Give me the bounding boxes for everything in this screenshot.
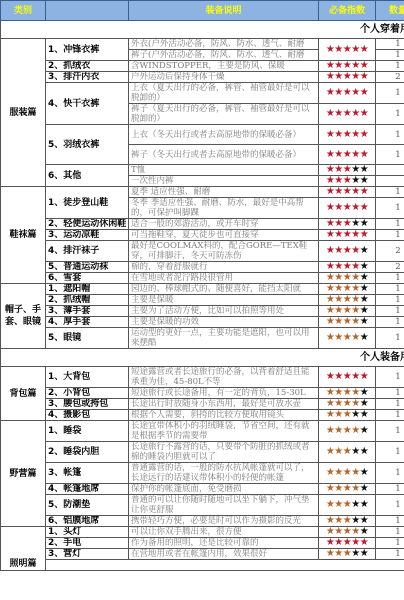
stars-empty: ★ [360, 245, 368, 256]
rating-stars: ★★★★★ [319, 262, 376, 273]
item-desc: 可以让你双手腾出来，很方便 [129, 527, 319, 538]
item-qty: 1 [376, 284, 404, 295]
item-qty: 1 [376, 317, 404, 328]
table-row: 4、快干衣裤 上衣（夏天出行的必备，裤管、袖管最好是可以脱卸的） ★★★★★ 1 [1, 83, 404, 104]
rating-stars: ★★★★★ [319, 219, 376, 230]
stars-empty: ★★ [351, 499, 368, 510]
item-qty: 2 [376, 72, 404, 83]
item-name: 2、抓绒帽 [46, 295, 129, 306]
rating-stars: ★★★★★ [319, 295, 376, 306]
item-desc: 长途旅行不露营的话，只要带个防脏的抓绒或者棉的睡袋内胆就可以了 [129, 442, 319, 463]
item-desc: 普通露营的话，一般的防水抗风帐篷就可以了，长途远行的话建议带体积小的轻便的帐篷 [129, 463, 319, 484]
item-qty: 1 [376, 104, 404, 125]
stars-empty: ★ [360, 295, 368, 306]
item-qty: 1 [376, 516, 404, 527]
item-qty: 1 [376, 50, 404, 61]
rating-stars: ★★★★★ [319, 187, 376, 198]
table-row: 2、轻便运动休闲鞋 适合一般的郊游活动，或开车时穿 ★★★★★ 1 [1, 219, 404, 230]
rating-stars: ★★★★★ [319, 241, 376, 262]
stars-filled: ★★★ [326, 446, 351, 457]
stars-filled: ★★★ [326, 176, 351, 187]
table-row: 5、普通运动袜 棉的，穿着舒服就行 ★★★★★ 2 [1, 262, 404, 273]
rating-stars: ★★★★★ [319, 306, 376, 317]
table-row: 5、眼镜 运动型的更好一点，主要功能是遮阳，也可以用来摆酷 ★★★★★ 1 [1, 328, 404, 349]
stars-empty: ★ [360, 399, 368, 410]
item-desc: 夏季 适应性强、耐磨 [129, 187, 319, 198]
table-row: 背包篇 1、大背包 短途露营或者长途旅行的必备，以背着舒适且能承重为佳，45-8… [1, 367, 404, 388]
item-qty: 1 [376, 463, 404, 484]
rating-stars: ★★★★★ [319, 367, 376, 388]
category-cell: 背包篇 [1, 367, 46, 421]
stars-filled: ★★★ [326, 516, 351, 527]
item-name: 4、排汗袜子 [46, 241, 129, 262]
stars-filled: ★★★★ [326, 527, 360, 538]
rating-stars: ★★★★★ [319, 399, 376, 410]
item-name: 1、冲锋衣裤 [46, 39, 129, 61]
item-desc: T恤 [129, 165, 319, 176]
rating-stars: ★★★★★ [319, 516, 376, 527]
item-desc: 裤子(户外活动必备，防风、防水、透气、耐磨 [129, 50, 319, 61]
section-title: 个人装备用品 [1, 349, 404, 367]
rating-stars: ★★★★★ [319, 527, 376, 538]
rating-stars: ★★★★★ [319, 549, 376, 560]
item-desc: 主要为了活动方便，比如可以拍照等用处 [129, 306, 319, 317]
table-row: 5、羽绒衣裤 上衣（冬天出行或者去高原地带的保暖必备） ★★★★★ 1 [1, 125, 404, 145]
category-cell: 鞋袜篇 [1, 187, 46, 284]
item-name: 2、睡袋内胆 [46, 442, 129, 463]
item-desc: 含WINDSTOPPER，主要是防风、保暖 [129, 61, 319, 72]
item-qty: 1 [376, 61, 404, 72]
item-desc: 棉的，穿着舒服就行 [129, 262, 319, 273]
item-desc: 保护你的帐篷底面，免受磨损 [129, 484, 319, 495]
table-row: 6、其他 T恤 ★★★★★ [1, 165, 404, 176]
stars-filled: ★★★★ [326, 317, 360, 328]
table-row: 3、帐篷 普通露营的话，一般的防水抗风帐篷就可以了，长途远行的话建议带体积小的轻… [1, 463, 404, 484]
stars-filled: ★★★★ [326, 425, 360, 436]
stars-empty: ★ [360, 425, 368, 436]
item-name: 1、大背包 [46, 367, 129, 388]
item-qty: 1 [376, 495, 404, 516]
item-qty: 1 [376, 125, 404, 145]
table-row: 6、雪套 在雪地或者泥泞路段很管用 ★★★★★ 1 [1, 273, 404, 284]
item-qty: 1 [376, 484, 404, 495]
item-qty: 1 [376, 410, 404, 421]
table-row: 2、小背包 短途旅行或长途备用，有一定的背负，15-30L ★★★★★ 1 [1, 388, 404, 399]
table-row: 野营篇 1、睡袋 长途宜带体积小的羽绒睡袋，节省空间，还有就是根据季节的需要带 … [1, 421, 404, 442]
item-desc: 短途露营或者长途旅行的必备，以背着舒适且能承重为佳，45-80L不等 [129, 367, 319, 388]
item-name: 6、铝膜地席 [46, 516, 129, 527]
header-qty: 数量 [376, 1, 404, 21]
rating-stars: ★★★★★ [319, 284, 376, 295]
stars-filled: ★★★ [326, 219, 351, 230]
item-name: 1、头灯 [46, 527, 129, 538]
rating-stars: ★★★★★ [319, 388, 376, 399]
item-desc: 运动型的更好一点，主要功能是遮阳，也可以用来摆酷 [129, 328, 319, 349]
item-name: 2、手电 [46, 538, 129, 549]
item-qty: 1 [376, 538, 404, 549]
item-desc: 裤子（冬天出行或者去高原地带的保暖必备） [129, 145, 319, 165]
table-row: 2、睡袋内胆 长途旅行不露营的话，只要带个防脏的抓绒或者棉的睡袋内胆就可以了 ★… [1, 442, 404, 463]
item-name: 1、徒步登山鞋 [46, 187, 129, 219]
rating-stars: ★★★★★ [319, 463, 376, 484]
stars-empty: ★★ [351, 219, 368, 230]
item-qty: 1 [376, 83, 404, 104]
item-name: 1、睡袋 [46, 421, 129, 442]
stars-empty: ★ [360, 467, 368, 478]
rating-stars: ★★★★★ [319, 165, 376, 176]
item-desc: 根据个人需要，斜挎的比较方便取用镜头 [129, 410, 319, 421]
stars-empty: ★★ [351, 165, 368, 176]
stars-filled: ★★★ [326, 410, 351, 421]
item-qty: 1 [376, 442, 404, 463]
stars-filled: ★★★★ [326, 273, 360, 284]
item-desc: 主要是保暖 [129, 295, 319, 306]
stars-filled: ★★★★ [326, 262, 360, 273]
stars-empty: ★★ [351, 516, 368, 527]
rating-stars: ★★★★★ [319, 328, 376, 349]
item-qty: 1 [376, 295, 404, 306]
rating-stars: ★★★★★ [319, 125, 376, 145]
item-desc: 户外运动后保持身体干燥 [129, 72, 319, 83]
item-desc: 长途出行时放随身小东西用，最好是可放水壶 [129, 399, 319, 410]
item-desc: 在营地用或者在帐篷内用，效果很好 [129, 549, 319, 560]
stars-filled: ★★★★ [326, 388, 360, 399]
rating-stars: ★★★★★ [319, 230, 376, 241]
item-qty: 1 [376, 230, 404, 241]
stars-empty: ★ [360, 332, 368, 343]
stars-empty: ★ [360, 273, 368, 284]
stars-empty: ★ [360, 388, 368, 399]
item-desc: 上衣（冬天出行或者去高原地带的保暖必备） [129, 125, 319, 145]
stars-empty: ★★ [351, 176, 368, 187]
item-qty: 1 [376, 306, 404, 317]
table-row: 帽子、手套、眼镜 1、遮阳帽 园边的、棒球帽式的、随便喜好，能挡太阳就 ★★★★… [1, 284, 404, 295]
table-row: 2、抓绒衣 含WINDSTOPPER，主要是防风、保暖 ★★★★★ 1 [1, 61, 404, 72]
item-name: 2、小背包 [46, 388, 129, 399]
item-desc: 主要是保暖的功效 [129, 317, 319, 328]
table-row: 2、手电 作为备用的照明，还是比较可靠的 ★★★★★ 1 [1, 538, 404, 549]
item-desc: 上衣（夏天出行的必备，裤管、袖管最好是可以脱卸的） [129, 83, 319, 104]
category-cell: 野营篇 [1, 421, 46, 527]
category-cell: 服装篇 [1, 39, 46, 187]
stars-filled: ★★★★ [326, 306, 360, 317]
rating-stars: ★★★★★ [319, 145, 376, 165]
rating-stars: ★★★★★ [319, 273, 376, 284]
item-desc: 园边的、棒球帽式的、随便喜好，能挡太阳就 [129, 284, 319, 295]
item-name: 4、摄影包 [46, 410, 129, 421]
item-name: 4、快干衣裤 [46, 83, 129, 125]
stars-filled: ★★★★ [326, 284, 360, 295]
rating-stars: ★★★★★ [319, 176, 376, 187]
item-qty [376, 176, 404, 187]
stars-filled: ★★★★ [326, 332, 360, 343]
table-row: 照明篇 1、头灯 可以让你双手腾出来，很方便 ★★★★★ 1 [1, 527, 404, 538]
table-row: 3、运动凉鞋 可当拖鞋穿，夏天徒步也可直接穿 ★★★★★ 1 [1, 230, 404, 241]
item-name: 3、营灯 [46, 549, 129, 560]
stars-filled: ★★★★ [326, 295, 360, 306]
item-name: 4、厚手套 [46, 317, 129, 328]
rating-stars: ★★★★★ [319, 39, 376, 61]
item-desc: 在雪地或者泥泞路段很管用 [129, 273, 319, 284]
item-name: 6、雪套 [46, 273, 129, 284]
rating-stars: ★★★★★ [319, 484, 376, 495]
table-row: 5、防潮垫 普通的可以让你随时随地可以坐下躺下，冲气垫让你更舒服 ★★★★★ 1 [1, 495, 404, 516]
stars-empty: ★★ [351, 410, 368, 421]
item-name: 5、防潮垫 [46, 495, 129, 516]
item-desc: 普通的可以让你随时随地可以坐下躺下，冲气垫让你更舒服 [129, 495, 319, 516]
rating-stars: ★★★★★ [319, 104, 376, 125]
item-name: 3、腰包或挎包 [46, 399, 129, 410]
item-desc: 长途宜带体积小的羽绒睡袋，节省空间，还有就是根据季节的需要带 [129, 421, 319, 442]
table-row: 4、厚手套 主要是保暖的功效 ★★★★★ 1 [1, 317, 404, 328]
item-name: 1、遮阳帽 [46, 284, 129, 295]
rating-stars: ★★★★★ [319, 421, 376, 442]
item-name: 3、运动凉鞋 [46, 230, 129, 241]
item-name: 5、普通运动袜 [46, 262, 129, 273]
item-name: 2、抓绒衣 [46, 61, 129, 72]
item-qty: 1 [376, 399, 404, 410]
stars-empty: ★ [360, 527, 368, 538]
header-blank [46, 1, 129, 21]
equipment-table: 类别 装备说明 必备指数 数量 个人穿着用品 服装篇 1、冲锋衣裤 外衣(户外活… [0, 0, 404, 571]
table-row: 3、薄手套 主要为了活动方便，比如可以拍照等用处 ★★★★★ 1 [1, 306, 404, 317]
item-qty [376, 165, 404, 176]
table-row: 4、排汗袜子 最好是COOLMAX料的，配合GORE—TEX鞋穿，可排脚汗，冬天… [1, 241, 404, 262]
stars-filled: ★★★ [326, 549, 351, 560]
item-qty: 1 [376, 421, 404, 442]
stars-filled: ★★★ [326, 165, 351, 176]
item-name: 4、帐篷地席 [46, 484, 129, 495]
item-qty: 1 [376, 527, 404, 538]
section-row: 个人装备用品 [1, 349, 404, 367]
item-qty: 1 [376, 187, 404, 198]
item-qty: 1 [376, 39, 404, 50]
table-row: 4、帐篷地席 保护你的帐篷底面，免受磨损 ★★★★★ 1 [1, 484, 404, 495]
stars-filled: ★★★★ [326, 399, 360, 410]
table-row: 3、排汗内衣 户外运动后保持身体干燥 ★★★★★ 2 [1, 72, 404, 83]
item-qty: 2 [376, 241, 404, 262]
item-desc: 一次性内裤 [129, 176, 319, 187]
item-desc: 最好是COOLMAX料的，配合GORE—TEX鞋穿，可排脚汗，冬天可防冻伤 [129, 241, 319, 262]
table-row: 3、营灯 在营地用或者在帐篷内用，效果很好 ★★★★★ 1 [1, 549, 404, 560]
stars-filled: ★★★★ [326, 467, 360, 478]
item-qty: 2 [376, 262, 404, 273]
item-desc: 作为备用的照明，还是比较可靠的 [129, 538, 319, 549]
rating-stars: ★★★★★ [319, 442, 376, 463]
item-qty: 1 [376, 145, 404, 165]
table-row: 鞋袜篇 1、徒步登山鞋 夏季 适应性强、耐磨 ★★★★★ 1 [1, 187, 404, 198]
rating-stars: ★★★★★ [319, 61, 376, 72]
item-name: 3、排汗内衣 [46, 72, 129, 83]
table-row: 4、摄影包 根据个人需要，斜挎的比较方便取用镜头 ★★★★★ 1 [1, 410, 404, 421]
rating-stars: ★★★★★ [319, 317, 376, 328]
stars-empty: ★ [360, 484, 368, 495]
item-name: 3、薄手套 [46, 306, 129, 317]
item-qty: 1 [376, 328, 404, 349]
item-name: 3、帐篷 [46, 463, 129, 484]
stars-filled: ★★★★ [326, 245, 360, 256]
stars-empty: ★ [360, 284, 368, 295]
rating-stars: ★★★★★ [319, 538, 376, 549]
item-qty: 1 [376, 219, 404, 230]
stars-empty: ★★ [351, 549, 368, 560]
item-desc: 外衣(户外活动必备，防风、防水、透气、耐磨 [129, 39, 319, 50]
header-index: 必备指数 [319, 1, 376, 21]
rating-stars: ★★★★★ [319, 495, 376, 516]
item-qty: 1 [376, 388, 404, 399]
stars-filled: ★★★ [326, 499, 351, 510]
item-name: 2、轻便运动休闲鞋 [46, 219, 129, 230]
category-cell: 照明篇 [1, 527, 46, 571]
rating-stars: ★★★★★ [319, 83, 376, 104]
item-name: 6、其他 [46, 165, 129, 187]
stars-filled: ★★★★ [326, 484, 360, 495]
section-row: 个人穿着用品 [1, 21, 404, 39]
rating-stars: ★★★★★ [319, 198, 376, 219]
table-row: 2、抓绒帽 主要是保暖 ★★★★★ 1 [1, 295, 404, 306]
item-desc: 短途旅行或长途备用，有一定的背负，15-30L [129, 388, 319, 399]
table-row: 3、腰包或挎包 长途出行时放随身小东西用，最好是可放水壶 ★★★★★ 1 [1, 399, 404, 410]
item-name: 5、眼镜 [46, 328, 129, 349]
table-row: 服装篇 1、冲锋衣裤 外衣(户外活动必备，防风、防水、透气、耐磨 ★★★★★ 1 [1, 39, 404, 50]
stars-empty: ★★ [351, 446, 368, 457]
header-row: 类别 装备说明 必备指数 数量 [1, 1, 404, 21]
item-qty: 1 [376, 549, 404, 560]
section-title: 个人穿着用品 [1, 21, 404, 39]
item-desc: 适合一般的郊游活动，或开车时穿 [129, 219, 319, 230]
item-qty: 1 [376, 273, 404, 284]
item-desc: 冬季 季适应性强、耐磨、防水，最好是中高帮的，可保护叫脚踝 [129, 198, 319, 219]
rating-stars: ★★★★★ [319, 72, 376, 83]
item-desc: 携带轻巧方便，必要是时可以作为摄影的反光 [129, 516, 319, 527]
item-qty: 1 [376, 367, 404, 388]
item-qty: 1 [376, 198, 404, 219]
stars-empty: ★ [360, 262, 368, 273]
table-row [1, 560, 404, 571]
header-desc: 装备说明 [129, 1, 319, 21]
table-row: 6、铝膜地席 携带轻巧方便，必要是时可以作为摄影的反光 ★★★★★ 1 [1, 516, 404, 527]
category-cell: 帽子、手套、眼镜 [1, 284, 46, 349]
stars-empty: ★ [360, 317, 368, 328]
stars-empty: ★ [360, 306, 368, 317]
item-desc: 可当拖鞋穿，夏天徒步也可直接穿 [129, 230, 319, 241]
rating-stars: ★★★★★ [319, 410, 376, 421]
item-name: 5、羽绒衣裤 [46, 125, 129, 165]
header-category: 类别 [1, 1, 46, 21]
item-desc: 裤子（夏天出行的必备，裤管、袖管最好是可以脱卸的） [129, 104, 319, 125]
